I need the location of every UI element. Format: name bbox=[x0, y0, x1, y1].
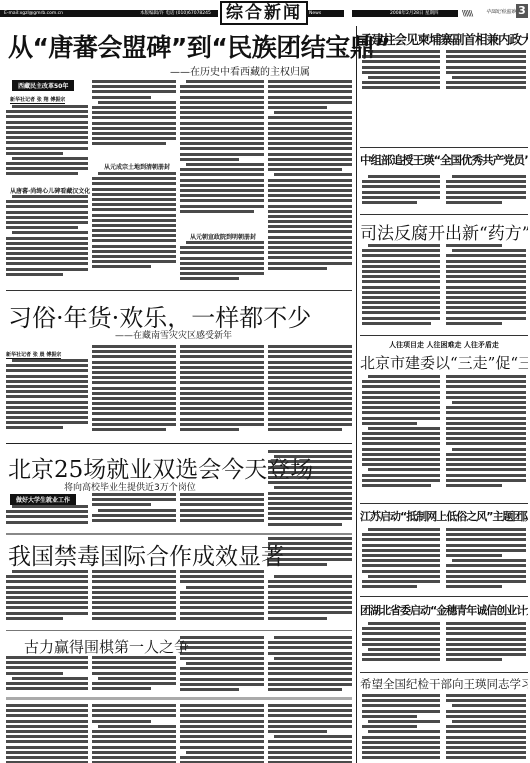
drugs-col-2 bbox=[92, 570, 176, 625]
newyear-col-3 bbox=[180, 345, 264, 437]
tibet-col-3a bbox=[180, 80, 264, 230]
tibet-col-1a bbox=[6, 105, 88, 185]
divider bbox=[360, 596, 528, 597]
go-col-2 bbox=[92, 656, 176, 694]
page-number: 3 bbox=[516, 4, 528, 18]
newyear-col-2 bbox=[92, 345, 176, 437]
right-1-col-a bbox=[362, 50, 440, 92]
divider bbox=[360, 214, 528, 215]
drugs-col-4a bbox=[268, 537, 352, 570]
divider bbox=[360, 672, 528, 673]
tibet-col-1b bbox=[6, 195, 88, 283]
tibet-subsection-3: 从元成宗土地到清朝册封 bbox=[104, 162, 170, 171]
drugs-col-3 bbox=[180, 570, 264, 625]
right-headline-4: 北京市建委以“三走”促“三保” bbox=[360, 352, 528, 373]
right-kicker-4: 人往项目走 人往困难走 人往矛盾走 bbox=[360, 340, 528, 350]
masthead-email: E-mail:xgzl@gmrb.com.cn bbox=[4, 10, 63, 17]
tibet-subsection-2: 从元朝宣政院到明朝册封 bbox=[190, 232, 256, 241]
bottom-col-3 bbox=[180, 704, 264, 763]
go-headline: 古力赢得围棋第一人之争 bbox=[24, 636, 189, 657]
drugs-headline: 我国禁毒国际合作成效显著 bbox=[8, 538, 284, 571]
column-divider bbox=[356, 26, 357, 763]
right-4-col-a bbox=[362, 375, 440, 500]
right-6-col-b bbox=[446, 622, 526, 670]
bottom-col-2 bbox=[92, 704, 176, 763]
newyear-subtitle: ——在藏南雪灾灾区感受新年 bbox=[115, 328, 232, 341]
newyear-col-4 bbox=[268, 345, 352, 437]
right-headline-3: 司法反腐开出新“药方” bbox=[360, 219, 528, 244]
divider bbox=[6, 443, 352, 444]
right-7-col-b bbox=[446, 694, 526, 763]
newyear-byline: 新华社记者 张 晨 傅振宗 bbox=[6, 351, 61, 359]
masthead-editor-info: 本版编辑/许 电话 (010)67078245 bbox=[140, 10, 211, 17]
right-headline-6: 团湖北省委启动“金穗青年诚信创业计划” bbox=[360, 602, 528, 618]
right-headline-7: 希望全国纪检干部向王瑛同志学习 bbox=[360, 676, 528, 692]
jobs-col-3 bbox=[180, 493, 264, 530]
tibet-headline: 从“唐蕃会盟碑”到“民族团结宝鼎” bbox=[8, 28, 390, 64]
tibet-subsection-1: 从唐蕃·尚绮心儿碑看藏汉文化 bbox=[10, 186, 90, 195]
divider bbox=[6, 697, 352, 700]
go-col-4 bbox=[268, 636, 352, 694]
right-5-col-b bbox=[446, 528, 526, 598]
section-title: 综合新闻 bbox=[220, 1, 308, 25]
drugs-col-1 bbox=[6, 570, 88, 625]
right-1-col-b bbox=[446, 50, 526, 92]
tibet-subtitle: ——在历史中看西藏的主权归属 bbox=[170, 63, 310, 78]
right-2-col-a bbox=[362, 175, 440, 207]
tibet-col-3b bbox=[180, 241, 264, 283]
tibet-kicker: 西藏民主改革50年 bbox=[12, 80, 74, 91]
divider bbox=[360, 503, 528, 504]
tibet-col-4 bbox=[268, 80, 352, 283]
bottom-col-4 bbox=[268, 704, 352, 763]
divider bbox=[6, 630, 352, 631]
newyear-col-1 bbox=[6, 359, 88, 437]
jobs-kicker: 做好大学生就业工作 bbox=[10, 494, 76, 505]
go-col-3 bbox=[180, 636, 264, 694]
divider bbox=[360, 335, 528, 336]
divider bbox=[360, 147, 528, 148]
right-headline-5: 江苏启动“抵制网上低俗之风”主题团队会活动 bbox=[360, 508, 528, 524]
drugs-col-4b bbox=[268, 575, 352, 625]
right-7-col-a bbox=[362, 694, 440, 763]
go-col-1 bbox=[6, 656, 88, 694]
bottom-col-1 bbox=[6, 704, 88, 763]
jobs-col-4 bbox=[268, 450, 352, 530]
masthead: E-mail:xgzl@gmrb.com.cn 本版编辑/许 电话 (010)6… bbox=[0, 0, 530, 24]
right-4-col-b bbox=[446, 375, 526, 500]
jobs-col-1 bbox=[6, 505, 88, 530]
divider bbox=[6, 533, 352, 535]
jobs-col-2 bbox=[92, 493, 176, 530]
right-3-col-b bbox=[446, 244, 526, 334]
jobs-subtitle: 将向高校毕业生提供近3万个岗位 bbox=[64, 480, 196, 493]
tibet-col-2a bbox=[92, 80, 176, 150]
right-headline-1: 孟建柱会见柬埔寨副首相兼内政大臣索肯 bbox=[360, 30, 528, 48]
masthead-date: 2008年2月28日 星期四 bbox=[390, 10, 438, 17]
right-2-col-b bbox=[446, 175, 526, 207]
right-3-col-a bbox=[362, 244, 440, 334]
divider bbox=[6, 290, 352, 291]
tibet-col-2b bbox=[92, 172, 176, 282]
right-6-col-a bbox=[362, 622, 440, 670]
right-headline-2: 中组部追授王瑛“全国优秀共产党员”称号 bbox=[360, 152, 528, 168]
right-5-col-a bbox=[362, 528, 440, 598]
stripes-decoration: \\\\\\ bbox=[462, 9, 472, 18]
masthead-section-en: News bbox=[309, 10, 321, 17]
tibet-byline: 新华社记者 张 翔 傅振宗 bbox=[10, 96, 65, 104]
